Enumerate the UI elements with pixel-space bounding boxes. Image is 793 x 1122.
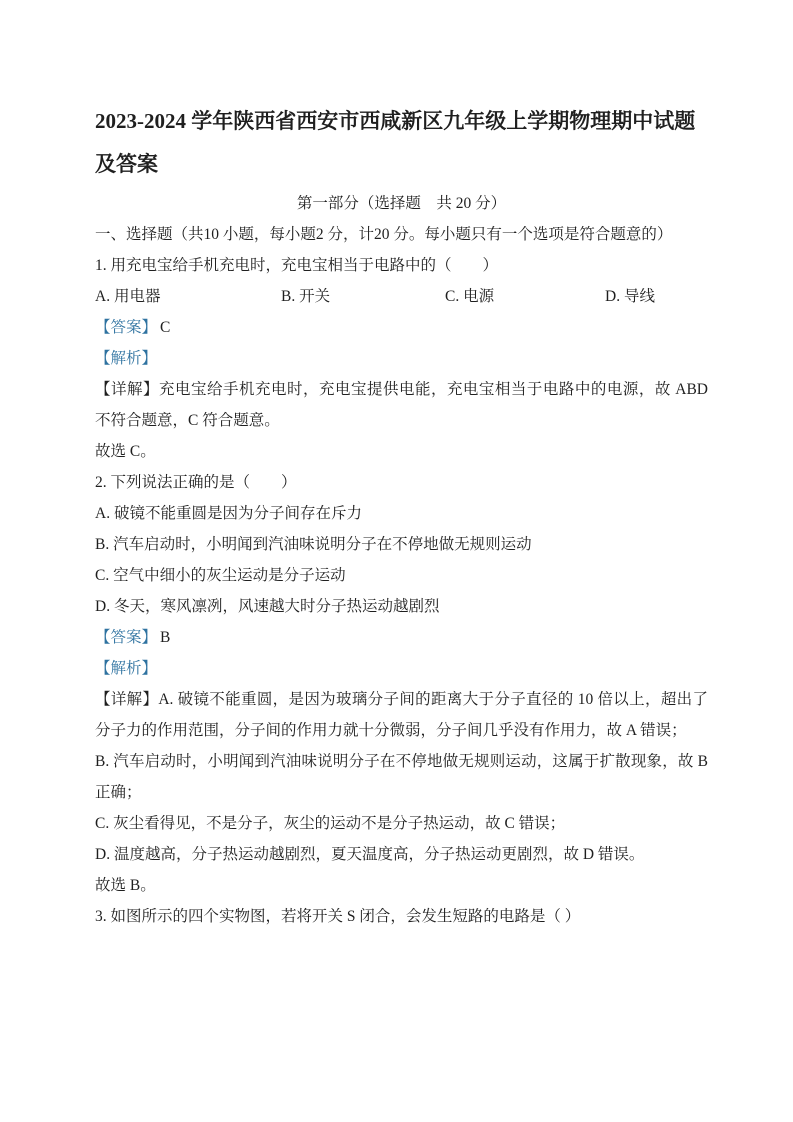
q1-option-a: A. 用电器 bbox=[95, 281, 160, 312]
q2-option-d: D. 冬天，寒风凛冽，风速越大时分子热运动越剧烈 bbox=[95, 591, 708, 622]
q2-conclusion: 故选 B。 bbox=[95, 870, 708, 901]
analysis-label: 【解析】 bbox=[95, 660, 157, 677]
q1-option-b: B. 开关 bbox=[281, 281, 330, 312]
q2-analysis-line: 【解析】 bbox=[95, 653, 708, 684]
detail-label: 【详解】 bbox=[95, 381, 159, 398]
q1-answer-line: 【答案】C bbox=[95, 312, 708, 343]
q2-option-c: C. 空气中细小的灰尘运动是分子运动 bbox=[95, 560, 708, 591]
q2-option-a: A. 破镜不能重圆是因为分子间存在斥力 bbox=[95, 498, 708, 529]
q3-stem: 3. 如图所示的四个实物图，若将开关 S 闭合，会发生短路的电路是（ ） bbox=[95, 901, 708, 932]
q2-answer-line: 【答案】B bbox=[95, 622, 708, 653]
answer-label: 【答案】 bbox=[95, 629, 157, 646]
q1-detail-text: 充电宝给手机充电时，充电宝提供电能，充电宝相当于电路中的电源，故 ABD 不符合… bbox=[95, 381, 708, 429]
answer-label: 【答案】 bbox=[95, 319, 157, 336]
q1-detail-paragraph: 【详解】充电宝给手机充电时，充电宝提供电能，充电宝相当于电路中的电源，故 ABD… bbox=[95, 374, 708, 436]
page-title: 2023-2024 学年陕西省西安市西咸新区九年级上学期物理期中试题及答案 bbox=[95, 100, 708, 186]
q1-option-d: D. 导线 bbox=[605, 281, 655, 312]
q1-conclusion: 故选 C。 bbox=[95, 436, 708, 467]
exam-document-page: 2023-2024 学年陕西省西安市西咸新区九年级上学期物理期中试题及答案 第一… bbox=[0, 0, 793, 1122]
q1-options-row: A. 用电器 B. 开关 C. 电源 D. 导线 bbox=[95, 281, 708, 312]
q2-detail-text-1: A. 破镜不能重圆，是因为玻璃分子间的距离大于分子直径的 10 倍以上，超出了分… bbox=[95, 691, 708, 739]
section-intro: 一、选择题（共10 小题，每小题2 分，计20 分。每小题只有一个选项是符合题意… bbox=[95, 219, 708, 250]
part-heading: 第一部分（选择题 共 20 分） bbox=[95, 188, 708, 219]
q2-detail-paragraph-2: B. 汽车启动时，小明闻到汽油味说明分子在不停地做无规则运动，这属于扩散现象，故… bbox=[95, 746, 708, 808]
q1-stem: 1. 用充电宝给手机充电时，充电宝相当于电路中的（ ） bbox=[95, 250, 708, 281]
analysis-label: 【解析】 bbox=[95, 350, 157, 367]
detail-label: 【详解】 bbox=[95, 691, 158, 708]
q2-detail-paragraph-1: 【详解】A. 破镜不能重圆，是因为玻璃分子间的距离大于分子直径的 10 倍以上，… bbox=[95, 684, 708, 746]
q2-detail-paragraph-4: D. 温度越高，分子热运动越剧烈，夏天温度高，分子热运动更剧烈，故 D 错误。 bbox=[95, 839, 708, 870]
q2-answer-value: B bbox=[160, 629, 170, 646]
q2-stem: 2. 下列说法正确的是（ ） bbox=[95, 467, 708, 498]
q2-option-b: B. 汽车启动时，小明闻到汽油味说明分子在不停地做无规则运动 bbox=[95, 529, 708, 560]
q2-detail-paragraph-3: C. 灰尘看得见，不是分子，灰尘的运动不是分子热运动，故 C 错误； bbox=[95, 808, 708, 839]
q1-analysis-line: 【解析】 bbox=[95, 343, 708, 374]
q1-answer-value: C bbox=[160, 319, 170, 336]
q1-option-c: C. 电源 bbox=[445, 281, 494, 312]
